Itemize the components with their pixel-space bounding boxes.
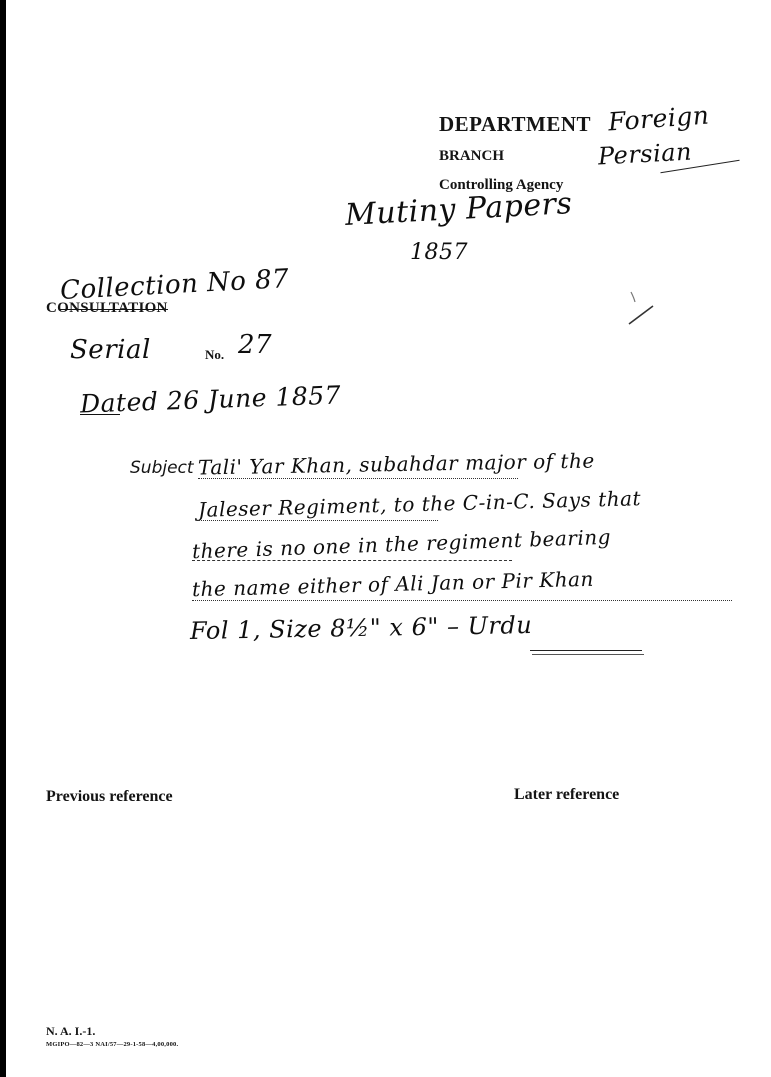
subject-line: Jaleser Regiment, to the C-in-C. Says th…	[198, 486, 642, 522]
dotted-rule	[198, 520, 438, 521]
dated-value: Dated 26 June 1857	[80, 380, 342, 418]
language-underline	[530, 650, 642, 651]
subject-line: there is no one in the regiment bearing	[192, 525, 612, 564]
controlling-agency-value: Mutiny Papers	[344, 186, 573, 233]
serial-no-value: 27	[238, 330, 272, 360]
print-info: MGIPO—82—3 NAI/57—29-1-58—4,00,000.	[46, 1041, 178, 1048]
later-reference-label: Later reference	[514, 786, 619, 804]
subject-line: Tali' Yar Khan, subahdar major of the	[198, 449, 595, 480]
previous-reference-label: Previous reference	[46, 788, 173, 806]
consultation-label: CONSULTATION	[46, 300, 168, 317]
department-label: DEPARTMENT	[439, 112, 591, 137]
dashed-rule	[192, 560, 512, 561]
department-value: Foreign	[607, 100, 710, 136]
form-code: N. A. I.-1.	[46, 1024, 95, 1039]
check-tick-icon	[627, 290, 657, 330]
consultation-text: CONSULTATION	[46, 300, 168, 316]
branch-label: BRANCH	[439, 148, 504, 165]
language-underline-double	[532, 654, 644, 655]
subject-line: the name either of Ali Jan or Pir Khan	[192, 567, 594, 602]
scan-edge-border	[0, 0, 6, 1077]
dotted-rule	[198, 478, 518, 479]
strikethrough-line	[60, 309, 168, 310]
branch-value: Persian	[597, 138, 692, 171]
serial-label-handwritten: Serial	[70, 335, 151, 365]
dated-underline	[80, 414, 120, 415]
serial-no-label: No.	[205, 347, 224, 363]
controlling-agency-year: 1857	[410, 240, 468, 265]
subject-label: Subject	[130, 458, 194, 478]
subject-folio-size-language: Fol 1, Size 8½" x 6" – Urdu	[190, 611, 533, 645]
dotted-rule	[192, 600, 732, 601]
